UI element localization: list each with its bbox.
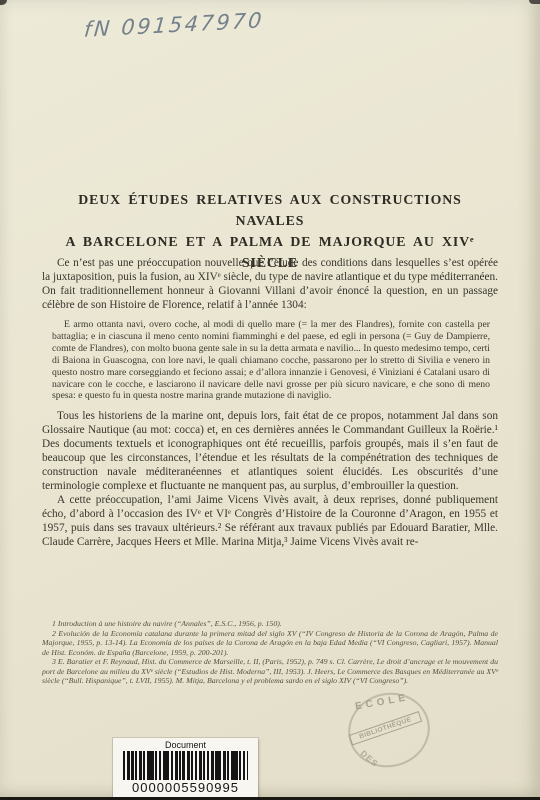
- barcode-icon: [123, 751, 248, 780]
- barcode-number: 0000005590995: [113, 780, 258, 796]
- footnotes-block: 1 Introduction à une histoire du navire …: [42, 619, 498, 686]
- footnote-1: 1 Introduction à une histoire du navire …: [42, 619, 498, 629]
- footnote-2: 2 Evolución de la Economía catalana dura…: [42, 629, 498, 658]
- handwritten-accession-number: fN 091547970: [83, 8, 265, 42]
- barcode-label: Document 0000005590995: [113, 738, 258, 797]
- scan-corner-mark-right: [529, 0, 540, 4]
- library-stamp: ECOLE BIBLIOTHÈQUE DES: [338, 682, 440, 778]
- block-quote-villani: E armo ottanta navi, overo coche, al mod…: [52, 319, 490, 402]
- footnote-3: 3 E. Baratier et F. Reynaud, Hist. du Co…: [42, 657, 498, 686]
- article-body: Ce n’est pas une préoccupation nouvelle …: [42, 256, 498, 549]
- article-title-line1: DEUX ÉTUDES RELATIVES AUX CONSTRUCTIONS …: [42, 189, 498, 231]
- paragraph-vicens-vives: A cette préoccupation, l’ami Jaime Vicen…: [42, 493, 498, 549]
- scan-corner-mark-left: [0, 0, 7, 5]
- barcode-label-text: Document: [113, 739, 258, 751]
- scanned-document-page: fN 091547970 DEUX ÉTUDES RELATIVES AUX C…: [0, 0, 540, 800]
- paragraph-intro: Ce n’est pas une préoccupation nouvelle …: [42, 256, 498, 312]
- paragraph-historians: Tous les historiens de la marine ont, de…: [42, 409, 498, 493]
